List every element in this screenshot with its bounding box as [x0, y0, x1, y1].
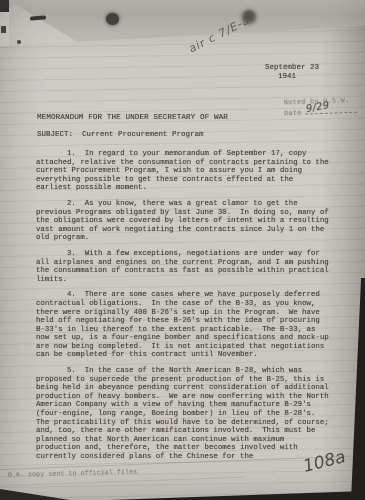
photo-corner	[0, 489, 70, 500]
ink-mark	[30, 15, 46, 20]
paper-fold	[0, 4, 84, 46]
memo-heading: MEMORANDUM FOR THE UNDER SECRETARY OF WA…	[37, 114, 228, 122]
memo-body: 1. In regard to your memorandum of Septe…	[36, 150, 332, 469]
memo-page: September 23 1941 Noted by U.S.W. Date 9…	[0, 26, 365, 500]
footer-note: O.K. copy sent to official files	[8, 468, 137, 478]
subject-line: SUBJECT:Current Procurement Program	[37, 131, 204, 139]
subject-label: SUBJECT:	[37, 131, 73, 139]
hole-punch-icon	[106, 13, 119, 25]
edge-mark	[0, 0, 9, 46]
date-block: September 23 1941	[265, 64, 319, 82]
date-year: 1941	[278, 73, 319, 82]
subject-value: Current Procurement Program	[82, 131, 204, 139]
ink-mark	[17, 40, 21, 44]
date-line: September 23	[265, 64, 319, 73]
memo-paragraph: 5. In the case of the North American B-2…	[36, 367, 332, 462]
memo-paragraph: 4. There are some cases where we have pu…	[36, 291, 332, 360]
scanned-memo-photo: September 23 1941 Noted by U.S.W. Date 9…	[0, 0, 365, 500]
paper-crease	[0, 477, 245, 487]
noted-stamp: Noted by U.S.W. Date 9/29	[284, 97, 357, 120]
ink-mark	[1, 26, 6, 33]
stamp-date-label: Date	[284, 110, 302, 119]
memo-paragraph: 3. With a few exceptions, negotiations a…	[36, 250, 332, 284]
memo-paragraph: 2. As you know, there was a great clamor…	[36, 200, 332, 243]
memo-paragraph: 1. In regard to your memorandum of Septe…	[36, 150, 332, 193]
